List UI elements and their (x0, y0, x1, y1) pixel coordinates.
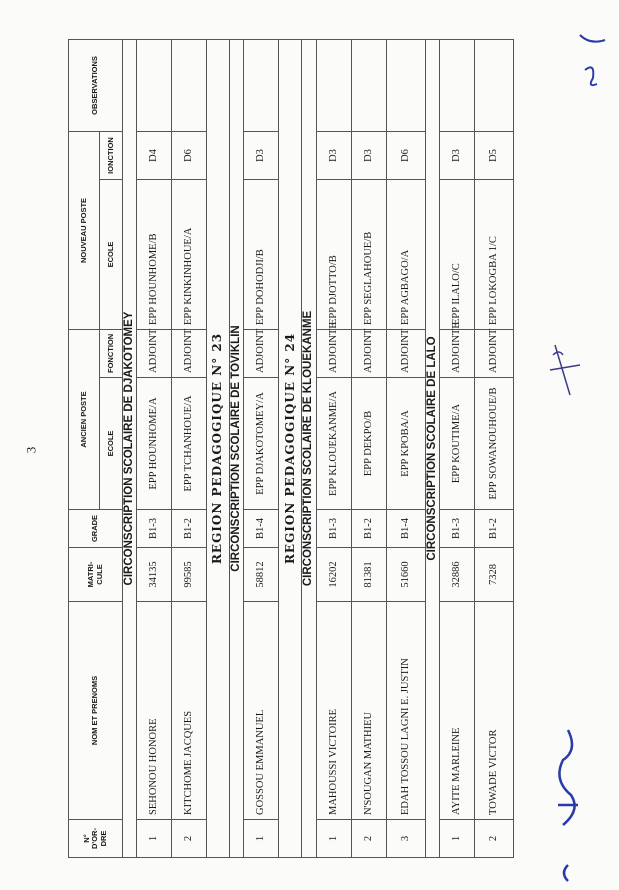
cell-nom: TOWADE VICTOR (474, 602, 513, 820)
cell-ancien-fonction: ADJOINT (172, 329, 207, 377)
cell-nouveau-fonction: D6 (386, 131, 425, 179)
cell-ancien-fonction: ADJOINTE (316, 329, 351, 377)
cell-ancien-ecole: EPP SOWANOUHOUE/B (474, 378, 513, 510)
cell-observations (351, 39, 386, 131)
cell-num: 2 (351, 820, 386, 858)
cell-nouveau-ecole: EPP DJOTTO/B (316, 179, 351, 329)
cell-observations (316, 39, 351, 131)
table-row: 1GOSSOU EMMANUEL58812B1-4EPP DJAKOTOMEY/… (244, 39, 279, 857)
cell-observations (386, 39, 425, 131)
cell-grade: B1-3 (137, 510, 172, 548)
table-row: 2N'SOUGAN MATHIEU81381B1-2EPP DEKPO/BADJ… (351, 39, 386, 857)
cell-nom: KITCHOME JACQUES (172, 602, 207, 820)
initials-mark-middle (545, 340, 585, 400)
circonscription-header-row: CIRCONSCRIPTION SCOLAIRE DE LALO (425, 39, 439, 857)
circonscription-header-row: CIRCONSCRIPTION SCOLAIRE DE DJAKOTOMEY (123, 39, 137, 857)
cell-grade: B1-4 (244, 510, 279, 548)
header-observations: OBSERVATIONS (69, 39, 123, 131)
header-ancien-ecole: ECOLE (100, 378, 123, 510)
cell-ancien-fonction: ADJOINT (351, 329, 386, 377)
header-nouveau-ecole: ECOLE (100, 179, 123, 329)
cell-ancien-ecole: EPP TCHANHOUE/A (172, 378, 207, 510)
circonscription-header-row: CIRCONSCRIPTION SCOLAIRE DE KLOUEKANME (302, 39, 316, 857)
cell-nouveau-ecole: EPP HOUNHOME/B (137, 179, 172, 329)
header-nom: NOM ET PRENOMS (69, 602, 123, 820)
cell-nouveau-fonction: D5 (474, 131, 513, 179)
cell-nom: AYITE MARLEINE (439, 602, 474, 820)
cell-grade: B1-2 (172, 510, 207, 548)
cell-matricule: 7328 (474, 548, 513, 602)
cell-nouveau-ecole: EPP ILALO/C (439, 179, 474, 329)
cell-ancien-ecole: EPP HOUNHOME/A (137, 378, 172, 510)
cell-ancien-fonction: ADJOINT (386, 329, 425, 377)
cell-num: 2 (172, 820, 207, 858)
circonscription-label: CIRCONSCRIPTION SCOLAIRE DE TOVIKLIN (230, 39, 244, 857)
cell-observations (137, 39, 172, 131)
cell-num: 1 (244, 820, 279, 858)
cell-observations (244, 39, 279, 131)
cell-nouveau-ecole: EPP SEGLAHOUE/B (351, 179, 386, 329)
cell-ancien-ecole: EPP DEKPO/B (351, 378, 386, 510)
table-row: 1AYITE MARLEINE32886B1-3EPP KOUTIME/AADJ… (439, 39, 474, 857)
cell-nouveau-fonction: D3 (439, 131, 474, 179)
cell-observations (172, 39, 207, 131)
cell-nom: N'SOUGAN MATHIEU (351, 602, 386, 820)
region-header-row: REGION PEDAGOGIQUE N° 23 (207, 39, 230, 857)
cell-nouveau-ecole: EPP KINKINHOUE/A (172, 179, 207, 329)
cell-matricule: 99585 (172, 548, 207, 602)
header-nouveau-fonction: IONCTION (100, 131, 123, 179)
page-number: 3 (23, 447, 39, 454)
header-grade: GRADE (69, 510, 123, 548)
cell-ancien-ecole: EPP KPOBA/A (386, 378, 425, 510)
cell-num: 1 (316, 820, 351, 858)
region-header-row: REGION PEDAGOGIQUE N° 24 (279, 39, 302, 857)
cell-num: 1 (137, 820, 172, 858)
cell-ancien-fonction: ADJOINTE (439, 329, 474, 377)
cell-matricule: 58812 (244, 548, 279, 602)
cell-nouveau-fonction: D3 (351, 131, 386, 179)
header-matricule: MATRI-CULE (69, 548, 123, 602)
cell-ancien-fonction: ADJOINT (244, 329, 279, 377)
header-ancien-poste: ANCIEN POSTE (69, 329, 100, 509)
rotated-page-table: N° D'OR-DRE NOM ET PRENOMS MATRI-CULE GR… (68, 40, 538, 858)
cell-num: 1 (439, 820, 474, 858)
cell-matricule: 32886 (439, 548, 474, 602)
circonscription-label: CIRCONSCRIPTION SCOLAIRE DE KLOUEKANME (302, 39, 316, 857)
cell-grade: B1-3 (439, 510, 474, 548)
cell-num: 3 (386, 820, 425, 858)
signature-mark-bottom (548, 725, 588, 885)
cell-nom: SEHONOU HONORE (137, 602, 172, 820)
region-label: REGION PEDAGOGIQUE N° 23 (207, 39, 230, 857)
circonscription-label: CIRCONSCRIPTION SCOLAIRE DE DJAKOTOMEY (123, 39, 137, 857)
assignment-table: N° D'OR-DRE NOM ET PRENOMS MATRI-CULE GR… (68, 39, 514, 858)
header-num: N° D'OR-DRE (69, 820, 123, 858)
table-row: 1SEHONOU HONORE34135B1-3EPP HOUNHOME/AAD… (137, 39, 172, 857)
cell-grade: B1-2 (351, 510, 386, 548)
cell-nom: MAHOUSSI VICTOIRE (316, 602, 351, 820)
table-row: 2TOWADE VICTOR7328B1-2EPP SOWANOUHOUE/BA… (474, 39, 513, 857)
cell-ancien-fonction: ADJOINT (474, 329, 513, 377)
table-body: CIRCONSCRIPTION SCOLAIRE DE DJAKOTOMEY1S… (123, 39, 514, 857)
cell-nouveau-fonction: D3 (244, 131, 279, 179)
cell-nouveau-ecole: EPP AGBAGO/A (386, 179, 425, 329)
cell-matricule: 34135 (137, 548, 172, 602)
cell-observations (474, 39, 513, 131)
table-row: 1MAHOUSSI VICTOIRE16202B1-3EPP KLOUEKANM… (316, 39, 351, 857)
signature-mark-top-right (575, 30, 615, 100)
cell-nom: EDAH TOSSOU LAGNI E. JUSTIN (386, 602, 425, 820)
cell-ancien-ecole: EPP DJAKOTOMEY/A (244, 378, 279, 510)
header-ancien-fonction: FONCTION (100, 329, 123, 377)
cell-grade: B1-3 (316, 510, 351, 548)
cell-nouveau-fonction: D4 (137, 131, 172, 179)
circonscription-label: CIRCONSCRIPTION SCOLAIRE DE LALO (425, 39, 439, 857)
region-label: REGION PEDAGOGIQUE N° 24 (279, 39, 302, 857)
table-row: 2KITCHOME JACQUES99585B1-2EPP TCHANHOUE/… (172, 39, 207, 857)
cell-num: 2 (474, 820, 513, 858)
cell-nouveau-fonction: D6 (172, 131, 207, 179)
cell-nom: GOSSOU EMMANUEL (244, 602, 279, 820)
cell-grade: B1-4 (386, 510, 425, 548)
cell-observations (439, 39, 474, 131)
cell-matricule: 81381 (351, 548, 386, 602)
header-nouveau-poste: NOUVEAU POSTE (69, 131, 100, 329)
cell-ancien-ecole: EPP KOUTIME/A (439, 378, 474, 510)
cell-nouveau-ecole: EPP DOHODJI/B (244, 179, 279, 329)
circonscription-header-row: CIRCONSCRIPTION SCOLAIRE DE TOVIKLIN (230, 39, 244, 857)
cell-nouveau-ecole: EPP LOKOGBA 1/C (474, 179, 513, 329)
cell-matricule: 51660 (386, 548, 425, 602)
cell-nouveau-fonction: D3 (316, 131, 351, 179)
table-row: 3EDAH TOSSOU LAGNI E. JUSTIN51660B1-4EPP… (386, 39, 425, 857)
cell-matricule: 16202 (316, 548, 351, 602)
cell-ancien-ecole: EPP KLOUEKANME/A (316, 378, 351, 510)
cell-grade: B1-2 (474, 510, 513, 548)
cell-ancien-fonction: ADJOINT (137, 329, 172, 377)
